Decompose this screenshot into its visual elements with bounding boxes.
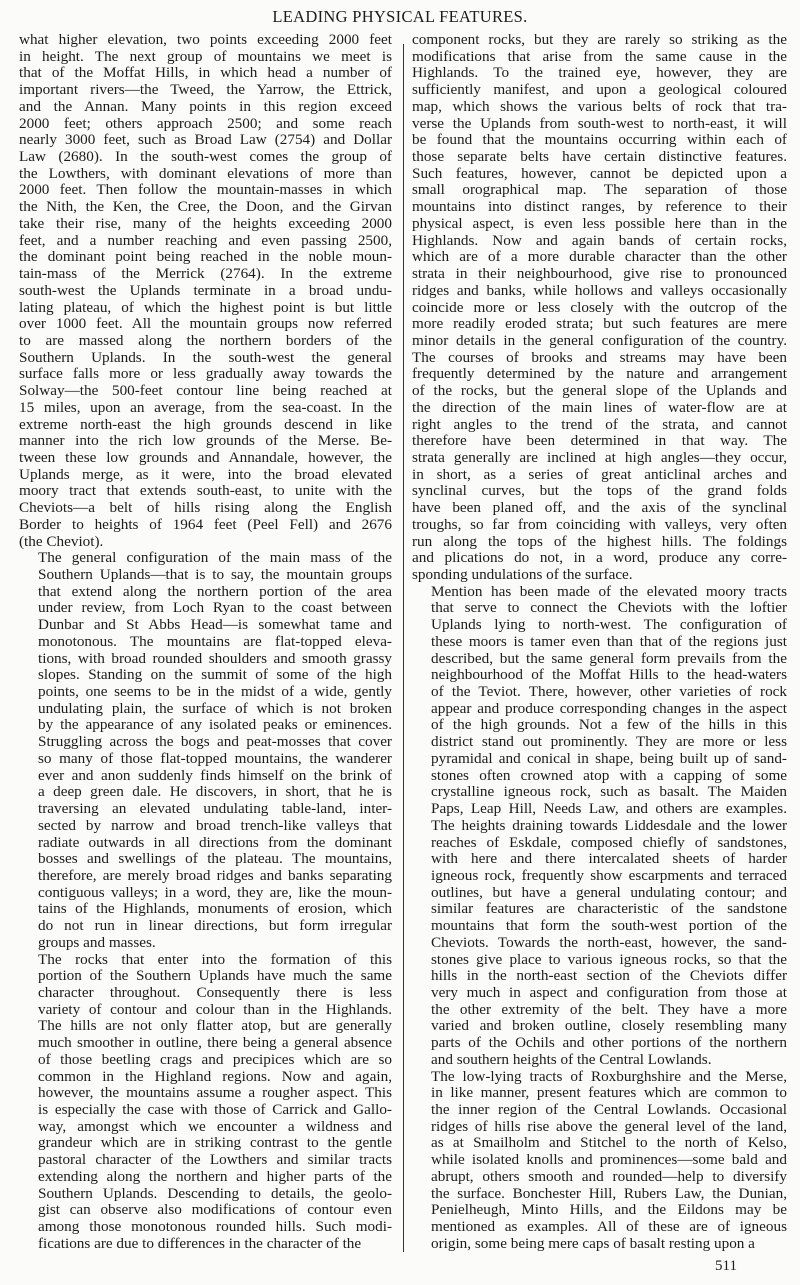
text-line: ridges of hills rise above the general l… bbox=[412, 1119, 787, 1136]
text-line: map, which shows the various belts of ro… bbox=[412, 99, 787, 116]
text-line: way, amongst which we encounter a wildne… bbox=[19, 1119, 392, 1136]
text-line: important rivers—the Tweed, the Yarrow, … bbox=[19, 82, 392, 99]
text-line: stones give place to various igneous roc… bbox=[412, 952, 787, 969]
page-number: 511 bbox=[715, 1258, 737, 1275]
text-line: the other extremity of the belt. They ha… bbox=[412, 1002, 787, 1019]
text-line: Struggling across the bogs and peat-moss… bbox=[19, 734, 392, 751]
text-line: crystalline igneous rock, such as basalt… bbox=[412, 784, 787, 801]
paragraph: Mention has been made of the elevated mo… bbox=[412, 584, 787, 1069]
text-line: small orographical map. The separation o… bbox=[412, 182, 787, 199]
text-line: under review, from Loch Ryan to the coas… bbox=[19, 600, 392, 617]
text-line: tains of the Highlands, monuments of ero… bbox=[19, 901, 392, 918]
text-line: described, but the same general form pre… bbox=[412, 651, 787, 668]
text-line: traversing an elevated undulating table-… bbox=[19, 801, 392, 818]
text-line: feet, and a number reaching and even pas… bbox=[19, 233, 392, 250]
text-line: character throughout. Consequently there… bbox=[19, 985, 392, 1002]
text-line: tween these low grounds and Annandale, h… bbox=[19, 450, 392, 467]
text-line: ridges and banks, while hollows and vall… bbox=[412, 283, 787, 300]
text-line: Penielheugh, Minto Hills, and the Eildon… bbox=[412, 1202, 787, 1219]
text-line: Highlands. Now and again bands of certai… bbox=[412, 233, 787, 250]
text-line: Southern Uplands. In the south-west the … bbox=[19, 350, 392, 367]
text-line: outlines, but have a general undulating … bbox=[412, 885, 787, 902]
text-line: however, the mountains assume a rougher … bbox=[19, 1085, 392, 1102]
text-line: points, one seems to be in the midst of … bbox=[19, 684, 392, 701]
text-line: in height. The next group of mountains w… bbox=[19, 49, 392, 66]
text-line: strata generally are inclined at high an… bbox=[412, 450, 787, 467]
text-line: to are massed along the northern borders… bbox=[19, 333, 392, 350]
text-line: be found that the mountains occurring wi… bbox=[412, 132, 787, 149]
text-line: the dominant point being reached in the … bbox=[19, 249, 392, 266]
text-line: sected by narrow and broad trench-like v… bbox=[19, 818, 392, 835]
text-line: Highlands. To the trained eye, however, … bbox=[412, 65, 787, 82]
text-line: sponding undulations of the surface. bbox=[412, 567, 787, 584]
text-line: troughs, so far from coinciding with val… bbox=[412, 517, 787, 534]
text-line: lating plateau, of which the highest poi… bbox=[19, 300, 392, 317]
text-line: among those monotonous rounded hills. Su… bbox=[19, 1219, 392, 1236]
text-line: abrupt, others smooth and rounded—help t… bbox=[412, 1169, 787, 1186]
text-line: tions, with broad rounded shoulders and … bbox=[19, 651, 392, 668]
text-line: a deep green dale. He discovers, in shor… bbox=[19, 784, 392, 801]
text-line: variety of contour and colour than in th… bbox=[19, 1002, 392, 1019]
text-line: therefore, are merely broad ridges and b… bbox=[19, 868, 392, 885]
text-line: slopes. Standing on the summit of some o… bbox=[19, 667, 392, 684]
text-line: Border to heights of 1964 feet (Peel Fel… bbox=[19, 517, 392, 534]
text-line: The courses of brooks and streams may ha… bbox=[412, 350, 787, 367]
text-line: pyramidal and conical in shape, being bu… bbox=[412, 751, 787, 768]
text-line: pastoral character of the Lowthers and s… bbox=[19, 1152, 392, 1169]
text-line: stones often crowned atop with a capping… bbox=[412, 768, 787, 785]
text-line: modifications that arise from the same c… bbox=[412, 49, 787, 66]
text-line: monotonous. The mountains are flat-toppe… bbox=[19, 634, 392, 651]
text-line: parts of the Ochils and other portions o… bbox=[412, 1035, 787, 1052]
text-line: portion of the Southern Uplands have muc… bbox=[19, 968, 392, 985]
text-line: is especially the case with those of Car… bbox=[19, 1102, 392, 1119]
text-line: of those beetling crags and precipices w… bbox=[19, 1052, 392, 1069]
paragraph: what higher elevation, two points exceed… bbox=[19, 32, 392, 550]
paragraph: The low-lying tracts of Roxburghshire an… bbox=[412, 1069, 787, 1253]
text-line: very much in aspect and configuration fr… bbox=[412, 985, 787, 1002]
text-line: do not run in linear directions, but for… bbox=[19, 918, 392, 935]
text-line: while isolated knolls and prominences—so… bbox=[412, 1152, 787, 1169]
text-line: Solway—the 500-feet contour line being r… bbox=[19, 383, 392, 400]
text-line: surface falls more or less gradually awa… bbox=[19, 366, 392, 383]
text-line: with here and there intercalated sheets … bbox=[412, 851, 787, 868]
text-line: Cheviots. Towards the north-east, howeve… bbox=[412, 935, 787, 952]
text-line: Southern Uplands. Descending to details,… bbox=[19, 1186, 392, 1203]
text-line: of the high grounds. Not a few of the hi… bbox=[412, 717, 787, 734]
text-line: over 1000 feet. All the mountain groups … bbox=[19, 316, 392, 333]
text-line: the direction of the main lines of water… bbox=[412, 400, 787, 417]
running-header: LEADING PHYSICAL FEATURES. bbox=[0, 7, 800, 27]
text-line: synclinal curves, but the tops of the gr… bbox=[412, 483, 787, 500]
text-line: The rocks that enter into the formation … bbox=[19, 952, 392, 969]
text-line: hills in the north-east section of the C… bbox=[412, 968, 787, 985]
text-line: radiate outwards in all directions from … bbox=[19, 835, 392, 852]
text-line: 15 miles, upon an average, from the sea-… bbox=[19, 400, 392, 417]
text-line: component rocks, but they are rarely so … bbox=[412, 32, 787, 49]
text-line: these moors is tamer even than that of t… bbox=[412, 634, 787, 651]
text-line: those separate belts have certain distin… bbox=[412, 149, 787, 166]
paragraph: The general configuration of the main ma… bbox=[19, 550, 392, 951]
text-line: moory tract that extends south-east, to … bbox=[19, 483, 392, 500]
text-line: that serve to connect the Cheviots with … bbox=[412, 600, 787, 617]
text-line: as at Smailholm and Stitchel to the nort… bbox=[412, 1135, 787, 1152]
text-line: Law (2680). In the south-west comes the … bbox=[19, 149, 392, 166]
column-divider bbox=[403, 44, 404, 1252]
text-line: extending along the northern and higher … bbox=[19, 1169, 392, 1186]
text-line: district stand out prominently. They are… bbox=[412, 734, 787, 751]
text-line: the inner region of the Central Lowlands… bbox=[412, 1102, 787, 1119]
text-line: therefore have been determined in that w… bbox=[412, 433, 787, 450]
text-line: of the rocks, but the general slope of t… bbox=[412, 383, 787, 400]
text-line: Paps, Leap Hill, Needs Law, and others a… bbox=[412, 801, 787, 818]
text-line: right angles to the trend of the strata,… bbox=[412, 417, 787, 434]
text-line: the Lowthers, with dominant elevations o… bbox=[19, 166, 392, 183]
text-line: undulating plain, the surface of which i… bbox=[19, 701, 392, 718]
text-line: origin, some being mere caps of basalt r… bbox=[412, 1236, 787, 1253]
text-line: south-west the Uplands terminate in a br… bbox=[19, 283, 392, 300]
text-line: 2000 feet; others approach 2500; and som… bbox=[19, 116, 392, 133]
text-line: Cheviots—a belt of hills rising along th… bbox=[19, 500, 392, 517]
text-line: much smoother in outline, there being a … bbox=[19, 1035, 392, 1052]
text-line: Southern Uplands—that is to say, the mou… bbox=[19, 567, 392, 584]
text-line: Uplands merge, as it were, into the broa… bbox=[19, 467, 392, 484]
text-line: coincide more or less closely with the o… bbox=[412, 300, 787, 317]
text-line: by the appearance of any isolated peaks … bbox=[19, 717, 392, 734]
paragraph: The rocks that enter into the formation … bbox=[19, 952, 392, 1253]
text-line: mentioned as examples. All of these are … bbox=[412, 1219, 787, 1236]
text-line: and plications do not, in a word, produc… bbox=[412, 550, 787, 567]
text-line: contiguous valleys; in a word, they are,… bbox=[19, 885, 392, 902]
text-line: tain-mass of the Merrick (2764). In the … bbox=[19, 266, 392, 283]
text-line: groups and masses. bbox=[19, 935, 392, 952]
text-line: igneous rock, frequently show escarpment… bbox=[412, 868, 787, 885]
text-line: The low-lying tracts of Roxburghshire an… bbox=[412, 1069, 787, 1086]
text-line: 2000 feet. Then follow the mountain-mass… bbox=[19, 182, 392, 199]
text-line: bosses and swellings of the plateau. The… bbox=[19, 851, 392, 868]
text-line: sufficiently manifest, and upon a geolog… bbox=[412, 82, 787, 99]
text-line: Dunbar and St Abbs Head—is somewhat tame… bbox=[19, 617, 392, 634]
text-line: reaches of Eskdale, composed chiefly of … bbox=[412, 835, 787, 852]
text-line: ever and anon suddenly finds himself on … bbox=[19, 768, 392, 785]
text-line: similar features are characteristic of t… bbox=[412, 901, 787, 918]
text-line: Uplands lying to north-west. The configu… bbox=[412, 617, 787, 634]
text-line: The general configuration of the main ma… bbox=[19, 550, 392, 567]
text-line: which are of a more durable character th… bbox=[412, 249, 787, 266]
text-line: have been planed off, and the axis of th… bbox=[412, 500, 787, 517]
text-line: extreme north-east the high grounds desc… bbox=[19, 417, 392, 434]
text-line: appear and produce corresponding changes… bbox=[412, 701, 787, 718]
text-line: common in the Highland regions. Now and … bbox=[19, 1069, 392, 1086]
text-line: take their rise, many of the heights exc… bbox=[19, 216, 392, 233]
text-line: physical aspect, is even less possible h… bbox=[412, 216, 787, 233]
text-line: mountains that form the south-west porti… bbox=[412, 918, 787, 935]
text-line: in like manner, present features which a… bbox=[412, 1085, 787, 1102]
text-line: mountains into distinct ranges, by refer… bbox=[412, 199, 787, 216]
text-line: manner into the rich low grounds of the … bbox=[19, 433, 392, 450]
text-line: that extend along the northern portion o… bbox=[19, 584, 392, 601]
right-column: component rocks, but they are rarely so … bbox=[412, 32, 787, 1252]
text-line: the Nith, the Ken, the Cree, the Doon, a… bbox=[19, 199, 392, 216]
text-line: fications are due to differences in the … bbox=[19, 1236, 392, 1253]
text-line: nearly 3000 feet, such as Broad Law (275… bbox=[19, 132, 392, 149]
text-line: varied and broken outline, closely resem… bbox=[412, 1018, 787, 1035]
text-line: the surface. Bonchester Hill, Rubers Law… bbox=[412, 1186, 787, 1203]
text-line: Such features, however, cannot be depict… bbox=[412, 166, 787, 183]
text-line: what higher elevation, two points exceed… bbox=[19, 32, 392, 49]
text-line: that of the Moffat Hills, in which head … bbox=[19, 65, 392, 82]
paragraph: component rocks, but they are rarely so … bbox=[412, 32, 787, 584]
text-line: neighbourhood of the Moffat Hills to the… bbox=[412, 667, 787, 684]
text-line: The heights draining towards Liddesdale … bbox=[412, 818, 787, 835]
text-line: The hills are not only flatter atop, but… bbox=[19, 1018, 392, 1035]
text-line: strata in their neighbourhood, give rise… bbox=[412, 266, 787, 283]
text-line: frequently determined by the nature and … bbox=[412, 366, 787, 383]
text-line: and southern heights of the Central Lowl… bbox=[412, 1052, 787, 1069]
text-line: and the Annan. Many points in this regio… bbox=[19, 99, 392, 116]
text-line: of the Teviot. There, however, other var… bbox=[412, 684, 787, 701]
text-line: grandeur which are in striking contrast … bbox=[19, 1135, 392, 1152]
text-line: in short, as a series of great anticlina… bbox=[412, 467, 787, 484]
text-line: (the Cheviot). bbox=[19, 534, 392, 551]
text-line: more readily eroded strata; but such fea… bbox=[412, 316, 787, 333]
text-line: Mention has been made of the elevated mo… bbox=[412, 584, 787, 601]
text-line: run along the tops of the highest hills.… bbox=[412, 534, 787, 551]
text-line: so many of those flat-topped mountains, … bbox=[19, 751, 392, 768]
text-line: minor details in the general configurati… bbox=[412, 333, 787, 350]
text-line: verse the Uplands from south-west to nor… bbox=[412, 116, 787, 133]
left-column: what higher elevation, two points exceed… bbox=[19, 32, 392, 1252]
text-line: gist can observe also modifications of c… bbox=[19, 1202, 392, 1219]
